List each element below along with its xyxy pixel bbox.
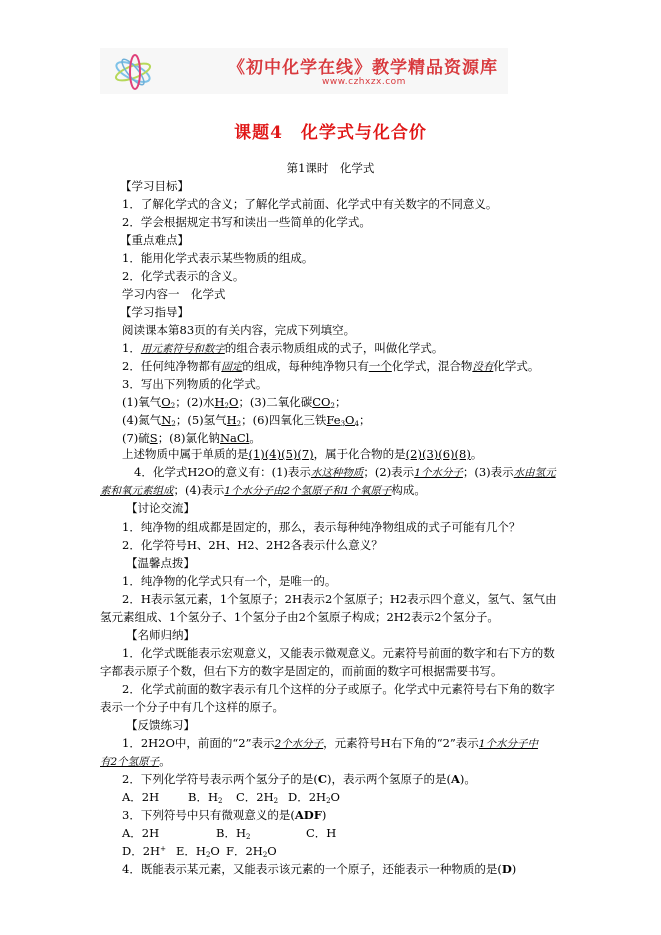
formula-answer: N2 [161, 413, 176, 427]
banner-title: 《初中化学在线》教学精品资源库 [228, 53, 498, 78]
option-c: C．H [306, 826, 336, 840]
guidance-intro: 阅读课本第83页的有关内容，完成下列填空。 [122, 323, 355, 337]
formula-answer: Fe3O4 [326, 413, 359, 427]
answer: ADF [295, 808, 322, 822]
option-a: A．2H [122, 826, 216, 840]
summary-item: 2．化学式前面的数字表示有几个这样的分子或原子。化学式中元素符号右下角的数字 [122, 682, 555, 696]
title-lesson: 课题4 [234, 123, 283, 143]
answer: C [318, 772, 327, 786]
guidance-q2: 2．任何纯净物都有固定的组成，每种纯净物只有一个化学式，混合物没有化学式。 [122, 359, 539, 374]
option-b: B．H2 [216, 826, 306, 840]
objective-item: 2．学会根据规定书写和读出一些简单的化学式。 [122, 215, 371, 229]
answer: D [502, 862, 512, 876]
formula-answer: CO2 [312, 395, 335, 409]
option-e: E．H2O [176, 844, 226, 858]
practice-q1-cont: 有2个氢原子。 [100, 754, 171, 769]
tips-item: 1．纯净物的化学式只有一个，是唯一的。 [122, 574, 336, 588]
answer-blank: 1个水分子由2个氢原子和1个氧原子 [224, 485, 391, 497]
answer-blank: 1个水分子 [414, 467, 463, 479]
summary-item: 1．化学式既能表示宏观意义，又能表示微观意义。元素符号前面的数字和右下方的数 [122, 646, 555, 660]
guidance-q4: 4．化学式H2O的意义有：(1)表示水这种物质；(2)表示1个水分子；(3)表示… [134, 465, 556, 480]
formula-answer: NaCl [220, 431, 249, 445]
objectives-heading: 【学习目标】 [120, 179, 189, 193]
option-b: B．H2 [188, 790, 236, 804]
option-c: C．2H2 [236, 790, 288, 804]
option-d: D．2H2O [288, 790, 340, 804]
option-a: A．2H [122, 790, 188, 804]
practice-q3-options: A．2HB．H2C．H [122, 826, 336, 840]
answer-blank: (1)(4)(5)(7) [249, 447, 314, 461]
objective-item: 1．了解化学式的含义；了解化学式前面、化学式中有关数字的不同意义。 [122, 197, 497, 211]
answer-blank: 没有 [472, 361, 493, 373]
discussion-heading: 【讨论交流】 [126, 501, 195, 515]
content1-heading: 学习内容一 化学式 [122, 287, 226, 301]
answer-blank: 有2个氢原子 [100, 756, 159, 768]
document-subtitle: 第1课时 化学式 [0, 160, 661, 176]
guidance-q3: 3．写出下列物质的化学式。 [122, 377, 267, 391]
answer-blank: 一个 [369, 359, 392, 373]
formula-answer: H2O [215, 395, 239, 409]
answer-blank: 2个水分子 [274, 738, 323, 750]
title-topic: 化学式与化合价 [301, 123, 427, 143]
practice-q2-options: A．2HB．H2C．2H2D．2H2O [122, 790, 340, 804]
guidance-q4-cont: 素和氧元素组成；(4)表示1个水分子由2个氢原子和1个氧原子构成。 [100, 483, 426, 498]
banner-url: www.czhxzx.com [322, 77, 406, 87]
answer: A [451, 772, 460, 786]
keypoint-item: 1．能用化学式表示某些物质的组成。 [122, 251, 313, 265]
tips-item: 2．H表示氢元素，1个氢原子；2H表示2个氢原子；H2表示四个意义，氢气、氢气由 [122, 592, 557, 606]
substances-row: (4)氮气N2；(5)氢气H2；(6)四氧化三铁Fe3O4； [122, 413, 370, 427]
practice-q4: 4．既能表示某元素，又能表示该元素的一个原子，还能表示一种物质的是(D) [122, 862, 516, 876]
practice-q1: 1．2H2O中，前面的“2”表示2个水分子，元素符号H右下角的“2”表示1个水分… [122, 736, 538, 751]
practice-q3-options: D．2H+E．H2OF．2H2O [122, 844, 277, 858]
tips-heading: 【温馨点拨】 [126, 556, 195, 570]
guidance-q1: 1．用元素符号和数字的组合表示物质组成的式子，叫做化学式。 [122, 341, 443, 356]
summary-item: 字都表示原子个数，但右下方的数字是固定的，而前面的数字可根据需要书写。 [100, 664, 503, 678]
document-title: 课题4化学式与化合价 [0, 118, 661, 143]
practice-heading: 【反馈练习】 [126, 718, 195, 732]
keypoint-item: 2．化学式表示的含义。 [122, 269, 244, 283]
substances-row: (1)氧气O2；(2)水H2O；(3)二氧化碳CO2； [122, 395, 346, 409]
tips-item: 氢元素组成、1个氢分子、1个氢分子由2个氢原子构成；2H2表示2个氢分子。 [100, 610, 499, 624]
formula-answer: O2 [161, 395, 175, 409]
answer-blank: 水由氢元 [514, 467, 556, 479]
guidance-heading: 【学习指导】 [120, 305, 189, 319]
substances-row: (7)硫S；(8)氯化钠NaCl。 [122, 431, 261, 445]
practice-q2: 2．下列化学符号表示两个氢分子的是(C)，表示两个氢原子的是(A)。 [122, 772, 476, 786]
classify-line: 上述物质中属于单质的是(1)(4)(5)(7)，属于化合物的是(2)(3)(6)… [122, 447, 482, 461]
option-f: F．2H2O [226, 844, 277, 858]
formula-answer: S [150, 431, 158, 445]
formula-answer: H2 [227, 413, 242, 427]
practice-q3: 3．下列符号中只有微观意义的是(ADF) [122, 808, 326, 822]
answer-blank: 用元素符号和数字 [141, 343, 225, 355]
summary-heading: 【名师归纳】 [126, 628, 195, 642]
answer-blank: 水这种物质 [311, 467, 364, 479]
option-d: D．2H+ [122, 844, 176, 858]
answer-blank: 1个水分子中 [479, 738, 538, 750]
discussion-item: 2．化学符号H、2H、H2、2H2各表示什么意义？ [122, 538, 383, 552]
discussion-item: 1．纯净物的组成都是固定的，那么，表示每种纯净物组成的式子可能有几个？ [122, 520, 520, 534]
answer-blank: (2)(3)(6)(8) [406, 447, 471, 461]
summary-item: 表示一个分子中有几个这样的原子。 [100, 700, 284, 714]
answer-blank: 素和氧元素组成 [100, 485, 174, 497]
answer-blank: 固定 [221, 361, 242, 373]
header-banner: 《初中化学在线》教学精品资源库 www.czhxzx.com [100, 48, 508, 94]
atom-logo-icon [110, 52, 156, 92]
keypoints-heading: 【重点难点】 [120, 233, 189, 247]
